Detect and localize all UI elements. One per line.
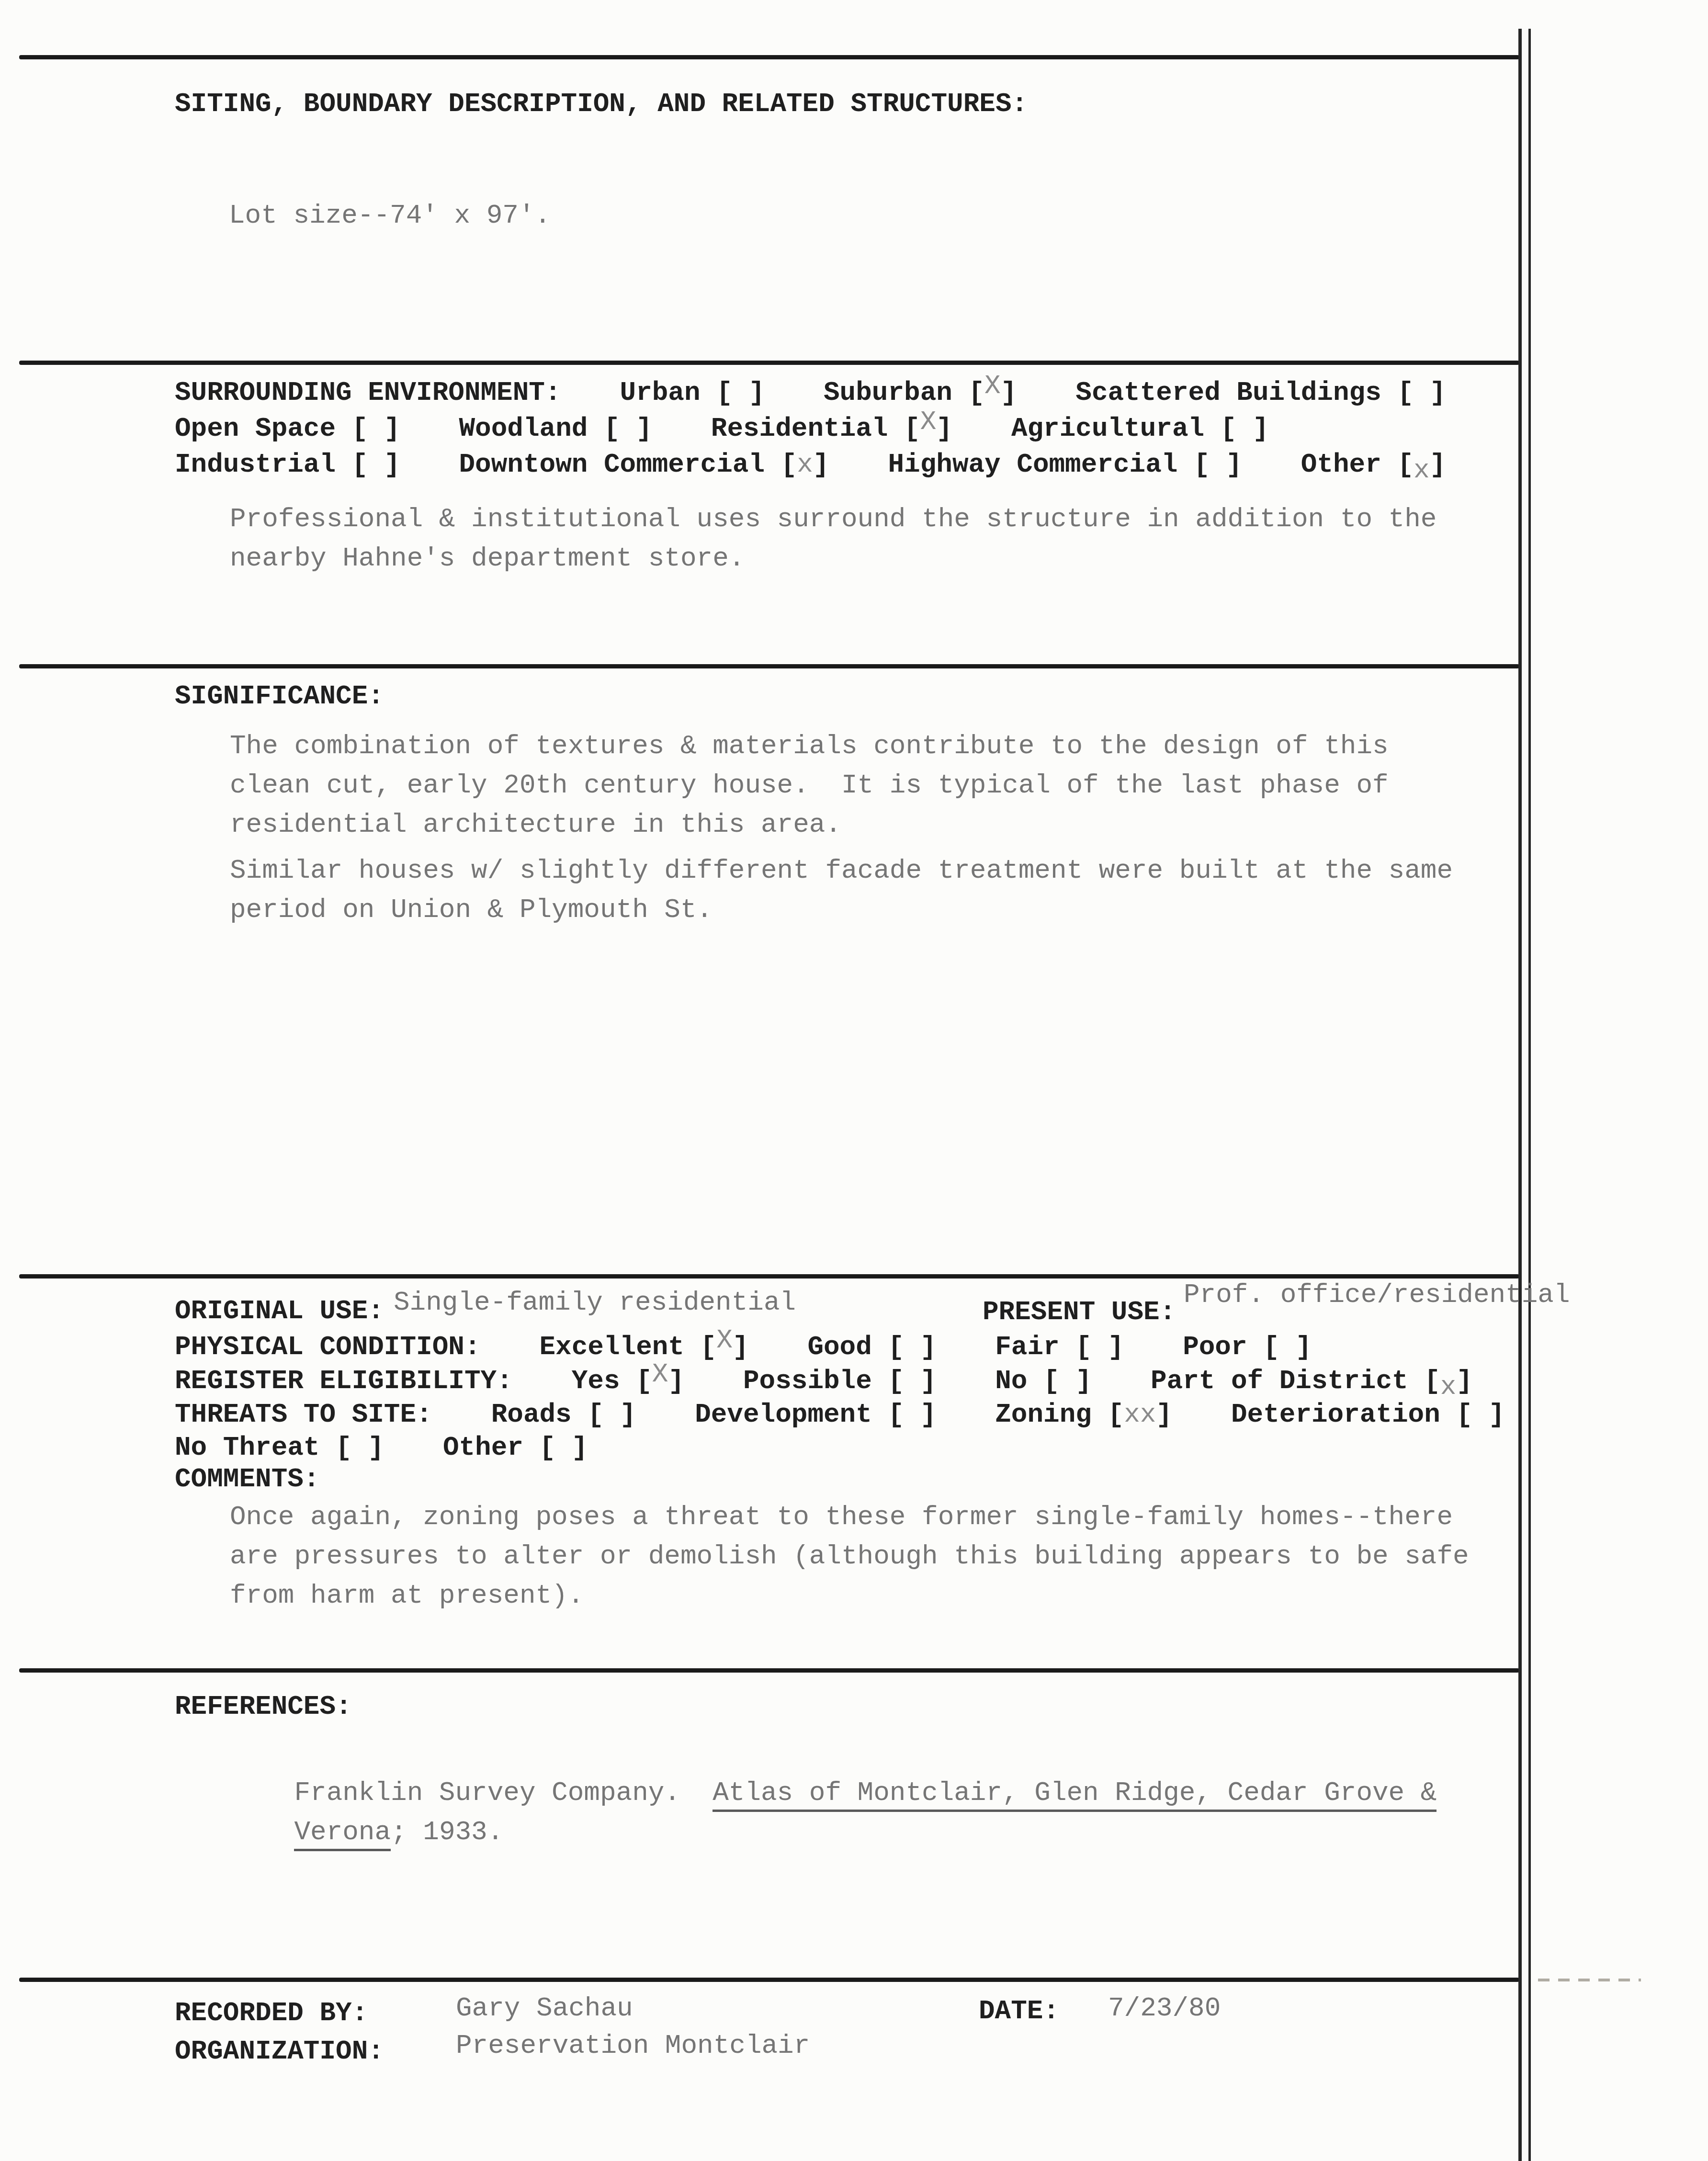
checkbox-item-zoning: Zoning [xx] [995,1399,1172,1430]
checkbox-box-zoning: [xx] [1108,1399,1172,1430]
checkbox-label: Fair [995,1332,1059,1362]
environment-note-line: Professional & institutional uses surrou… [230,504,1437,534]
references-section-title: REFERENCES: [175,1691,352,1722]
checkbox-box-residential: [X] [904,407,952,444]
checkbox-label: Yes [572,1366,620,1396]
physical-condition-row: PHYSICAL CONDITION: Excellent [X]Good [ … [175,1332,1312,1362]
checkbox-label: Excellent [540,1332,684,1362]
checkbox-label: Woodland [459,413,588,444]
checkbox-item-no-threat: No Threat [ ] [175,1432,384,1463]
reference-title-underlined: Verona [294,1817,391,1851]
lot-size-value: Lot size--74' x 97'. [229,200,551,231]
threats-row-2: No Threat [ ]Other [ ] [175,1432,588,1463]
checkbox-item-good: Good [ ] [807,1332,936,1362]
checkbox-label: Urban [620,377,701,408]
checkbox-mark [1414,377,1430,408]
checkbox-item-part-of-district: Part of District [x] [1151,1366,1472,1396]
checkbox-mark [1092,1332,1108,1362]
significance-paragraph-line: period on Union & Plymouth St. [230,894,713,925]
checkbox-mark [368,449,384,480]
significance-paragraph-line: The combination of textures & materials … [230,731,1389,761]
section-divider-footer [19,1978,1519,1982]
reference-year: ; 1933. [391,1817,503,1847]
original-use-value: Single-family residential [394,1287,796,1318]
environment-row-2: Open Space [ ]Woodland [ ]Residential [X… [175,413,1269,444]
checkbox-mark: X [920,407,937,437]
checkbox-label: Zoning [995,1399,1092,1430]
checkbox-label: Deterioration [1231,1399,1440,1430]
checkbox-mark [620,413,636,444]
checkbox-mark [1060,1366,1076,1396]
checkbox-item-suburban: Suburban [X] [824,377,1017,408]
date-value: 7/23/80 [1108,1993,1221,2024]
checkbox-item-open-space: Open Space [ ] [175,413,400,444]
checkbox-label: Highway Commercial [888,449,1177,480]
checkbox-box-fair: [ ] [1075,1332,1124,1362]
checkbox-box-agricultural: [ ] [1221,413,1269,444]
recorded-by-label: RECORDED BY: [175,1998,368,2028]
comments-label: COMMENTS: [175,1464,319,1494]
siting-section-title: SITING, BOUNDARY DESCRIPTION, AND RELATE… [175,89,1028,119]
checkbox-item-other: Other [x] [1301,449,1446,480]
significance-section-title: SIGNIFICANCE: [175,681,384,712]
checkbox-label: Scattered Buildings [1075,377,1381,408]
significance-paragraph-line: residential architecture in this area. [230,809,841,840]
environment-note-line: nearby Hahne's department store. [230,543,745,574]
checkbox-label: No [995,1366,1027,1396]
section-divider-environment [19,361,1519,365]
checkbox-mark: x [1440,1371,1457,1402]
checkbox-mark: x [797,449,813,480]
checkbox-mark [1279,1332,1296,1362]
checkbox-label: Industrial [175,449,336,480]
original-use-label: ORIGINAL USE: [175,1296,384,1326]
checkbox-box-no: [ ] [1043,1366,1092,1396]
checkbox-box-woodland: [ ] [604,413,652,444]
checkbox-box-possible: [ ] [888,1366,936,1396]
comments-line: from harm at present). [230,1580,584,1611]
environment-section-title: SURROUNDING ENVIRONMENT: [175,377,561,408]
checkbox-item-woodland: Woodland [ ] [459,413,652,444]
checkbox-box-open-space: [ ] [352,413,400,444]
checkbox-mark [352,1432,368,1463]
significance-paragraph-line: Similar houses w/ slightly different fac… [230,855,1453,886]
section-divider-use [19,1274,1519,1278]
checkbox-box-urban: [ ] [716,377,765,408]
checkbox-box-excellent: [X] [701,1325,749,1362]
checkbox-mark [1472,1399,1489,1430]
checkbox-box-poor: [ ] [1263,1332,1312,1362]
organization-value: Preservation Montclair [456,2030,810,2061]
checkbox-mark [904,1332,920,1362]
checkbox-mark [368,413,384,444]
checkbox-box-downtown-commercial: [x] [781,449,829,480]
checkbox-box-suburban: [X] [968,371,1017,408]
threats-label: THREATS TO SITE: [175,1399,432,1430]
checkbox-label: Development [695,1399,872,1430]
scanned-survey-form-page: SITING, BOUNDARY DESCRIPTION, AND RELATE… [0,0,1708,2161]
checkbox-box-development: [ ] [888,1399,936,1430]
checkbox-mark [904,1366,920,1396]
dashed-line-fragment [1538,1979,1641,1981]
checkbox-box-roads: [ ] [588,1399,636,1430]
checkbox-mark [1236,413,1253,444]
environment-row-1: SURROUNDING ENVIRONMENT: Urban [ ]Suburb… [175,377,1446,408]
right-border-line-outer [1528,29,1531,2161]
checkbox-item-urban: Urban [ ] [620,377,765,408]
checkbox-mark: X [652,1359,668,1390]
recorded-by-value: Gary Sachau [456,1993,633,2024]
right-border-line-inner [1518,29,1522,2161]
environment-row-3: Industrial [ ]Downtown Commercial [x]Hig… [175,449,1446,480]
checkbox-box-industrial: [ ] [352,449,400,480]
reference-title-underlined: Atlas of Montclair, Glen Ridge, Cedar Gr… [713,1777,1437,1812]
checkbox-box-deterioration: [ ] [1456,1399,1504,1430]
present-use-value: Prof. office/residential [1184,1279,1570,1310]
comments-line: Once again, zoning poses a threat to the… [230,1502,1453,1532]
checkbox-label: Other [443,1432,523,1463]
checkbox-item-deterioration: Deterioration [ ] [1231,1399,1504,1430]
register-eligibility-row: REGISTER ELIGIBILITY: Yes [X]Possible [ … [175,1366,1472,1396]
checkbox-item-yes: Yes [X] [572,1366,684,1396]
checkbox-label: Possible [743,1366,872,1396]
checkbox-box-other: [x] [1397,449,1446,486]
threats-row: THREATS TO SITE: Roads [ ]Development [ … [175,1399,1504,1430]
reference-citation-line-2: Verona; 1933. [230,1786,503,1878]
date-label: DATE: [979,1996,1059,2026]
checkbox-mark [1210,449,1226,480]
checkbox-label: Suburban [824,377,952,408]
checkbox-item-development: Development [ ] [695,1399,936,1430]
checkbox-item-no: No [ ] [995,1366,1092,1396]
checkbox-label: Part of District [1151,1366,1408,1396]
checkbox-label: Downtown Commercial [459,449,765,480]
checkbox-box-other: [ ] [540,1432,588,1463]
checkbox-item-agricultural: Agricultural [ ] [1011,413,1269,444]
checkbox-mark: xx [1124,1399,1156,1430]
checkbox-label: Good [807,1332,871,1362]
checkbox-mark [604,1399,620,1430]
checkbox-item-excellent: Excellent [X] [540,1332,749,1362]
checkbox-mark: x [1414,455,1430,486]
register-eligibility-label: REGISTER ELIGIBILITY: [175,1366,513,1396]
significance-paragraph-line: clean cut, early 20th century house. It … [230,770,1389,801]
checkbox-mark [733,377,749,408]
checkbox-label: Poor [1183,1332,1247,1362]
checkbox-item-fair: Fair [ ] [995,1332,1124,1362]
organization-label: ORGANIZATION: [175,2036,384,2067]
checkbox-item-possible: Possible [ ] [743,1366,936,1396]
section-divider-references [19,1668,1519,1673]
checkbox-item-industrial: Industrial [ ] [175,449,400,480]
checkbox-box-highway-commercial: [ ] [1194,449,1242,480]
checkbox-mark: X [984,371,1001,401]
checkbox-item-downtown-commercial: Downtown Commercial [x] [459,449,829,480]
checkbox-item-scattered-buildings: Scattered Buildings [ ] [1075,377,1446,408]
checkbox-label: Agricultural [1011,413,1204,444]
checkbox-label: Open Space [175,413,336,444]
section-divider-significance [19,664,1519,668]
checkbox-box-good: [ ] [888,1332,936,1362]
checkbox-item-poor: Poor [ ] [1183,1332,1312,1362]
checkbox-item-highway-commercial: Highway Commercial [ ] [888,449,1242,480]
present-use-label: PRESENT USE: [983,1297,1176,1327]
checkbox-label: Residential [711,413,888,444]
checkbox-label: Other [1301,449,1381,480]
physical-condition-label: PHYSICAL CONDITION: [175,1332,481,1362]
checkbox-mark: X [716,1325,733,1356]
checkbox-label: Roads [491,1399,572,1430]
checkbox-mark [904,1399,920,1430]
checkbox-box-yes: [X] [636,1359,684,1396]
section-divider-top [19,55,1519,59]
comments-line: are pressures to alter or demolish (alth… [230,1541,1469,1572]
checkbox-box-part-of-district: [x] [1424,1366,1472,1402]
checkbox-label: No Threat [175,1432,319,1463]
checkbox-box-no-threat: [ ] [336,1432,384,1463]
checkbox-item-residential: Residential [X] [711,413,952,444]
checkbox-item-other: Other [ ] [443,1432,588,1463]
checkbox-mark [555,1432,572,1463]
checkbox-item-roads: Roads [ ] [491,1399,636,1430]
checkbox-box-scattered-buildings: [ ] [1397,377,1446,408]
